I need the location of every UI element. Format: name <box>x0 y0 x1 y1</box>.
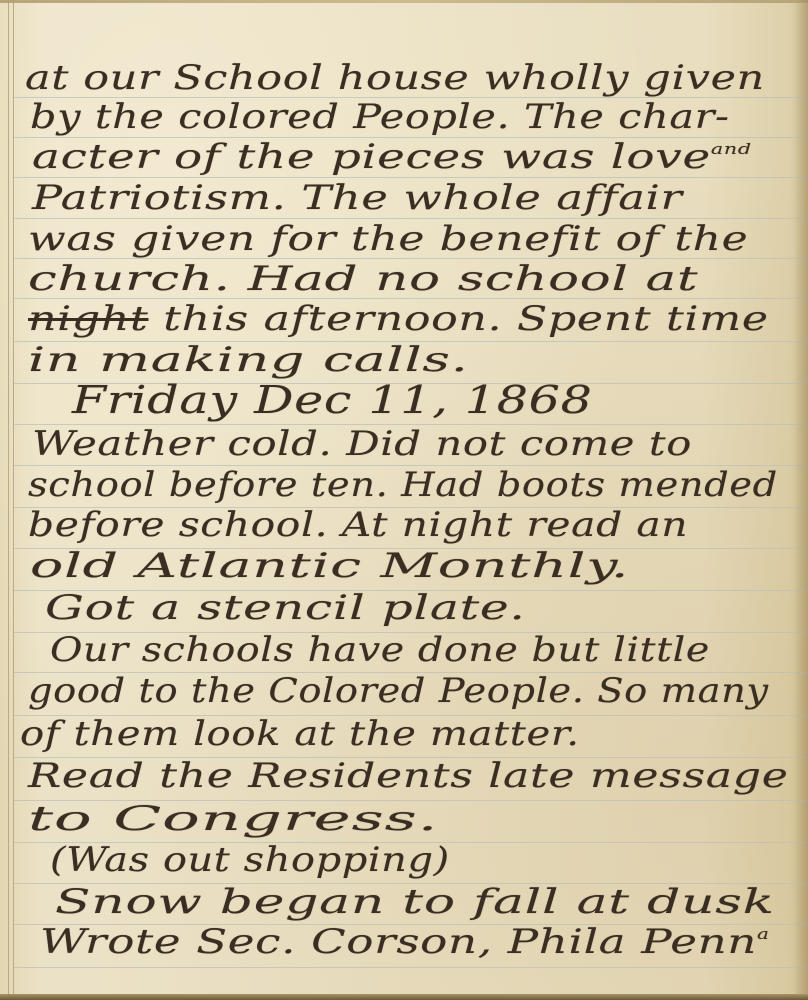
text-line-7: night this afternoon. Spent time <box>28 299 769 339</box>
diary-page: at our School house wholly given by the … <box>0 0 808 1000</box>
text-line-22: Wrote Sec. Corson, Phila Penna <box>40 922 770 962</box>
line-text: this afternoon. Spent time <box>148 299 768 339</box>
line-text: Friday Dec 11, 1868 <box>72 378 593 422</box>
text-line-11: school before ten. Had boots mended <box>28 465 778 505</box>
text-line-15: Our schools have done but little <box>50 630 710 670</box>
ruled-line <box>14 967 808 968</box>
text-line-5: was given for the benefit of the <box>28 219 748 259</box>
text-line-17: of them look at the matter. <box>20 714 580 754</box>
text-line-21: Snow began to fall at dusk <box>55 882 775 922</box>
text-line-19: to Congress. <box>28 799 438 839</box>
page-bottom-edge <box>0 994 808 1000</box>
line-text: school before ten. Had boots mended <box>28 465 778 505</box>
line-text: church. Had no school at <box>28 259 698 299</box>
line-text: of them look at the matter. <box>20 714 580 754</box>
line-text: in making calls. <box>28 340 469 380</box>
text-line-20: (Was out shopping) <box>50 840 450 880</box>
page-top-edge <box>0 0 808 3</box>
line-text: good to the Colored People. So many <box>28 671 769 711</box>
entry-date-heading: Friday Dec 11, 1868 <box>72 378 593 422</box>
superscript-abbreviation: and <box>711 140 752 158</box>
text-line-18: Read the Residents late message <box>28 756 789 796</box>
superscript-abbreviation: a <box>757 925 770 943</box>
text-line-16: good to the Colored People. So many <box>28 671 769 711</box>
text-line-12: before school. At night read an <box>28 505 688 545</box>
text-line-4: Patriotism. The whole affair <box>32 178 683 218</box>
text-line-6: church. Had no school at <box>28 259 698 299</box>
struck-word: night <box>28 299 148 339</box>
text-line-2: by the colored People. The char- <box>30 97 730 137</box>
line-text: old Atlantic Monthly. <box>30 546 629 586</box>
page-gutter-shadow <box>794 0 808 1000</box>
line-text: Wrote Sec. Corson, Phila Penn <box>40 922 757 962</box>
line-text: Got a stencil plate. <box>45 588 526 628</box>
line-text: Snow began to fall at dusk <box>55 882 775 922</box>
line-text: was given for the benefit of the <box>28 219 748 259</box>
line-text: Weather cold. Did not come to <box>32 424 692 464</box>
line-text: before school. At night read an <box>28 505 688 545</box>
line-text: acter of the pieces was love <box>32 137 711 177</box>
line-text: to Congress. <box>28 799 438 839</box>
text-line-3: acter of the pieces was loveand <box>32 137 752 177</box>
line-text: (Was out shopping) <box>50 840 450 880</box>
line-text: at our School house wholly given <box>25 58 765 98</box>
text-line-14: Got a stencil plate. <box>45 588 526 628</box>
margin-line-inner <box>13 0 14 1000</box>
line-text: Patriotism. The whole affair <box>32 178 683 218</box>
line-text: Our schools have done but little <box>50 630 710 670</box>
text-line-13: old Atlantic Monthly. <box>30 546 629 586</box>
margin-line-outer <box>8 0 9 1000</box>
line-text: Read the Residents late message <box>28 756 789 796</box>
text-line-1: at our School house wholly given <box>25 58 765 98</box>
line-text: by the colored People. The char- <box>30 97 730 137</box>
text-line-10: Weather cold. Did not come to <box>32 424 692 464</box>
text-line-8: in making calls. <box>28 340 469 380</box>
